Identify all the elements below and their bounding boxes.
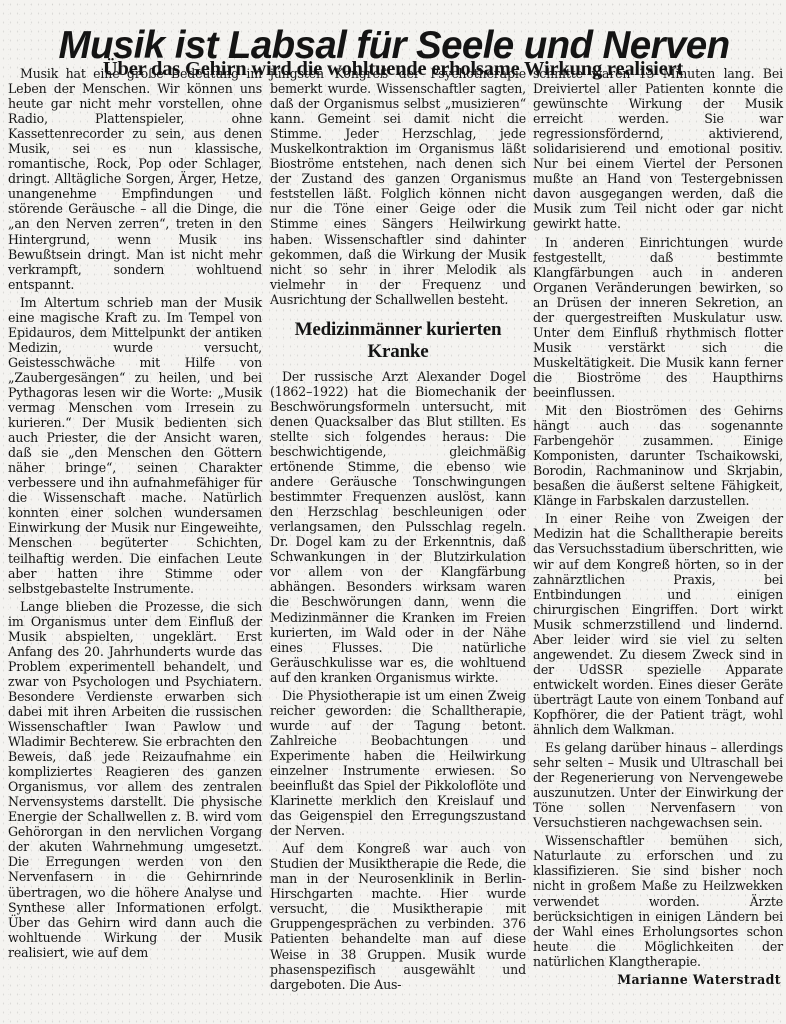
newspaper-page: Musik ist Labsal für Seele und Nerven Üb…: [0, 0, 786, 1024]
paragraph: Mit den Bioströmen des Gehirns hängt auc…: [533, 403, 783, 508]
paragraph: In anderen Einrichtungen wurde festgeste…: [533, 235, 783, 401]
section-subhead: Medizinmänner kurierten Kranke: [270, 319, 526, 363]
paragraph: Auf dem Kongreß war auch von Studien der…: [270, 841, 526, 991]
column-3: schnitte waren 15 Minuten lang. Bei Drei…: [533, 66, 783, 987]
paragraph: Der russische Arzt Alexander Dogel (1862…: [270, 369, 526, 685]
paragraph-continued: jüngsten Kongreß der Psychotherapie beme…: [270, 66, 526, 307]
paragraph: Die Physiotherapie ist um einen Zweig re…: [270, 688, 526, 838]
paragraph-continued: schnitte waren 15 Minuten lang. Bei Drei…: [533, 66, 783, 232]
paragraph: Lange blieben die Prozesse, die sich im …: [8, 599, 262, 960]
paragraph: Es gelang darüber hinaus – allerdings se…: [533, 740, 783, 830]
paragraph: Musik hat eine große Bedeutung im Leben …: [8, 66, 262, 292]
paragraph: Im Altertum schrieb man der Musik eine m…: [8, 295, 262, 596]
paragraph: Wissenschaftler bemühen sich, Naturlaute…: [533, 833, 783, 968]
column-2: jüngsten Kongreß der Psychotherapie beme…: [270, 66, 526, 995]
column-1: Musik hat eine große Bedeutung im Leben …: [8, 66, 262, 963]
author-byline: Marianne Waterstradt: [533, 972, 783, 987]
paragraph: In einer Reihe von Zweigen der Medizin h…: [533, 511, 783, 737]
